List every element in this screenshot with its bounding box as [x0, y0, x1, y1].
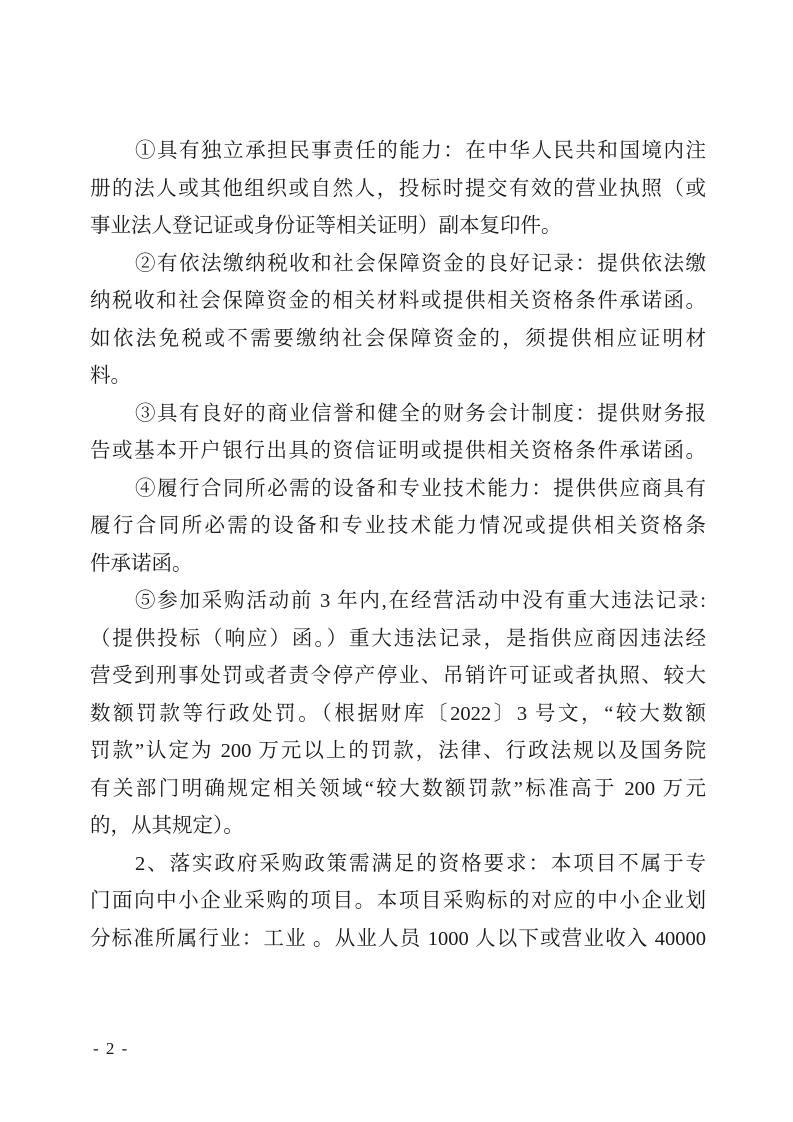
- text-line: ⑤参加采购活动前 3 年内,在经营活动中没有重大违法记录:: [90, 583, 706, 621]
- text-line: 门面向中小企业采购的项目。本项目采购标的对应的中小企业划: [90, 883, 706, 921]
- text-line: （提供投标（响应）函。）重大违法记录，是指供应商因违法经: [90, 621, 706, 659]
- text-line: 册的法人或其他组织或自然人，投标时提交有效的营业执照（或: [90, 171, 706, 209]
- text-line: ④履行合同所必需的设备和专业技术能力：提供供应商具有: [90, 471, 706, 509]
- text-line: 营受到刑事处罚或者责令停产停业、吊销许可证或者执照、较大: [90, 658, 706, 696]
- page-number: - 2 -: [93, 1038, 129, 1060]
- text-line: ①具有独立承担民事责任的能力：在中华人民共和国境内注: [90, 133, 706, 171]
- document-body: ①具有独立承担民事责任的能力：在中华人民共和国境内注 册的法人或其他组织或自然人…: [90, 133, 706, 958]
- text-line: 分标准所属行业：工业 。从业人员 1000 人以下或营业收入 40000: [90, 921, 706, 959]
- text-line: 数额罚款等行政处罚。（根据财库〔2022〕3 号文，“较大数额: [90, 696, 706, 734]
- text-line: 罚款”认定为 200 万元以上的罚款，法律、行政法规以及国务院: [90, 733, 706, 771]
- text-line: 有关部门明确规定相关领域“较大数额罚款”标准高于 200 万元: [90, 771, 706, 809]
- text-line: 2、落实政府采购政策需满足的资格要求：本项目不属于专: [90, 846, 706, 884]
- text-line: 告或基本开户银行出具的资信证明或提供相关资格条件承诺函。: [90, 433, 706, 471]
- text-line: 事业法人登记证或身份证等相关证明）副本复印件。: [90, 208, 706, 246]
- text-line: 件承诺函。: [90, 546, 706, 584]
- text-line: ②有依法缴纳税收和社会保障资金的良好记录：提供依法缴: [90, 246, 706, 284]
- text-line: 料。: [90, 358, 706, 396]
- text-line: 的，从其规定）。: [90, 808, 706, 846]
- document-page: ①具有独立承担民事责任的能力：在中华人民共和国境内注 册的法人或其他组织或自然人…: [0, 0, 793, 1122]
- text-line: 纳税收和社会保障资金的相关材料或提供相关资格条件承诺函。: [90, 283, 706, 321]
- text-line: 如依法免税或不需要缴纳社会保障资金的，须提供相应证明材: [90, 321, 706, 359]
- text-line: 履行合同所必需的设备和专业技术能力情况或提供相关资格条: [90, 508, 706, 546]
- text-line: ③具有良好的商业信誉和健全的财务会计制度：提供财务报: [90, 396, 706, 434]
